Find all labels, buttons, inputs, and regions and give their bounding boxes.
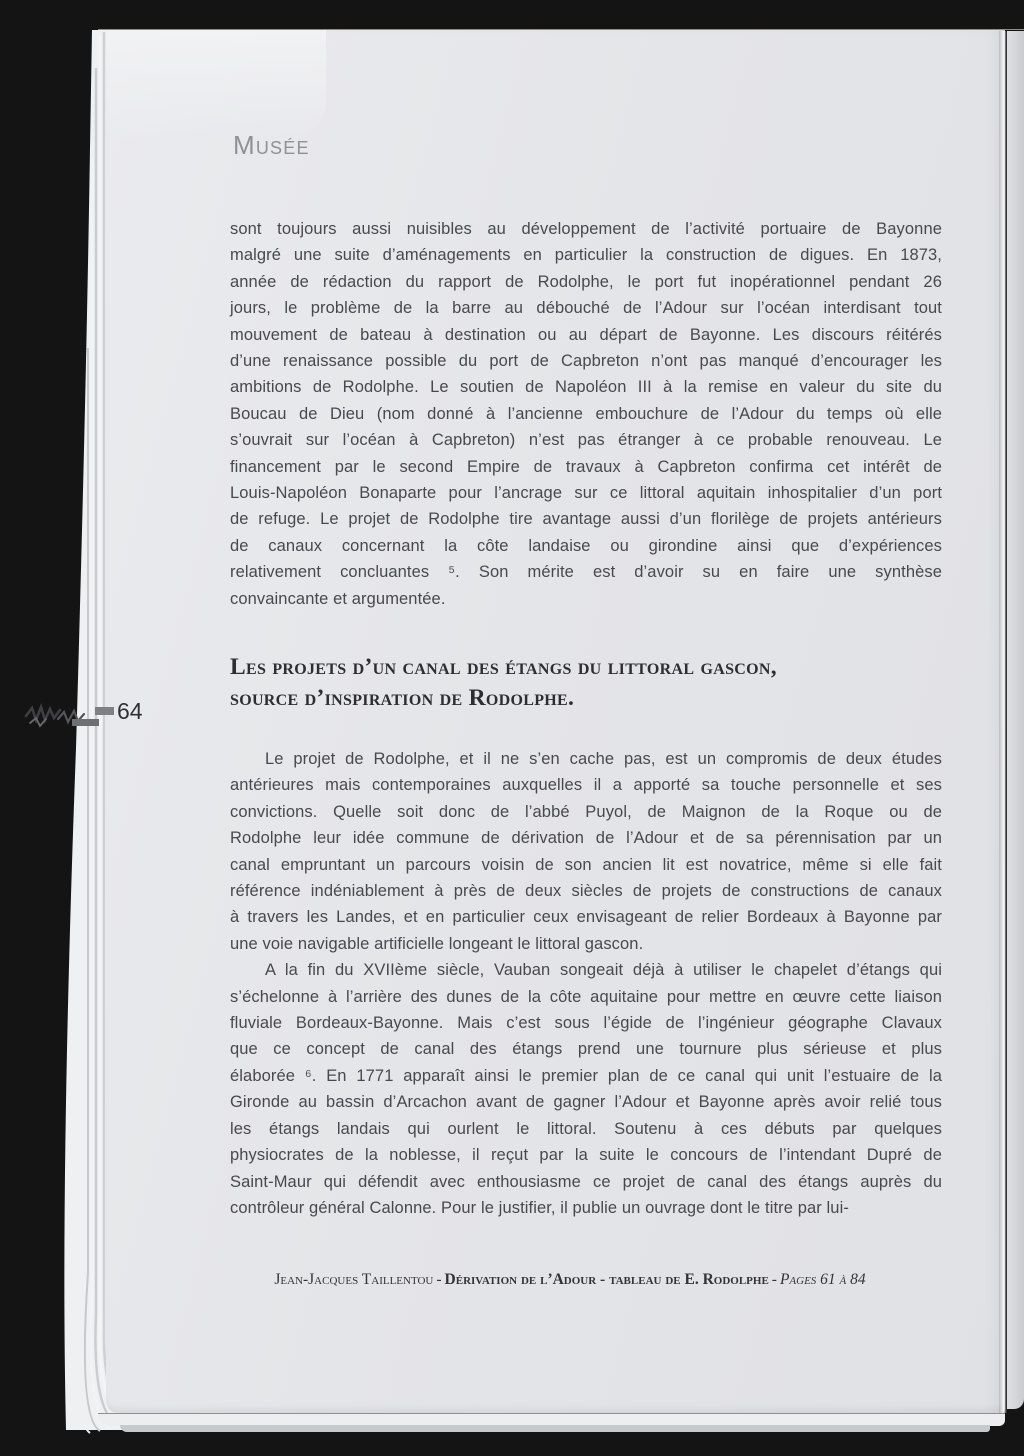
text-line: référence indéniablement à près de deux … bbox=[230, 878, 942, 904]
section-heading-line-1: Les projets d’un canal des étangs du lit… bbox=[230, 652, 777, 683]
footer-pages-range: Pages 61 à 84 bbox=[780, 1271, 866, 1288]
paragraph-3: A la fin du XVIIème siècle, Vauban songe… bbox=[230, 957, 942, 1221]
text-line: Rodolphe leur idée commune de dérivation… bbox=[230, 825, 942, 851]
text-line: de canaux concernant la côte landaise ou… bbox=[230, 533, 942, 559]
footer-separator-2: - bbox=[769, 1271, 780, 1288]
section-heading: Les projets d’un canal des étangs du lit… bbox=[230, 652, 777, 714]
margin-tab-dash-2 bbox=[72, 719, 99, 726]
paragraph-1: sont toujours aussi nuisibles au dévelop… bbox=[230, 216, 942, 612]
text-line: contrôleur général Calonne. Pour le just… bbox=[230, 1195, 942, 1221]
text-line: Gironde au bassin d’Arcachon avant de ga… bbox=[230, 1089, 942, 1115]
text-line: Saint-Maur qui défendit avec enthousiasm… bbox=[230, 1169, 942, 1195]
text-line: financement par le second Empire de trav… bbox=[230, 454, 942, 480]
text-line: année de rédaction du rapport de Rodolph… bbox=[230, 269, 942, 295]
margin-tab-dash bbox=[95, 707, 114, 715]
footer-line: Jean-Jacques Taillentou-Dérivation de l’… bbox=[130, 1271, 1010, 1289]
footer-article-title: Dérivation de l’Adour - tableau de E. Ro… bbox=[445, 1271, 769, 1288]
fore-edge-marks bbox=[24, 692, 102, 740]
footer-author: Jean-Jacques Taillentou bbox=[274, 1271, 433, 1288]
book-photo: 64 Musée sont toujours aussi nuisibles a… bbox=[0, 0, 1024, 1456]
text-line: antérieures mais contemporaines auxquell… bbox=[230, 772, 942, 798]
footer-separator-1: - bbox=[433, 1271, 444, 1288]
text-line: de refuge. Le projet de Rodolphe tire av… bbox=[230, 506, 942, 532]
text-line: convaincante et argumentée. bbox=[230, 586, 942, 612]
running-head: Musée bbox=[233, 130, 310, 161]
facing-page-sliver bbox=[1007, 31, 1024, 1409]
text-line: malgré une suite d’aménagements en parti… bbox=[230, 242, 942, 268]
text-line: ambitions de Rodolphe. Le soutien de Nap… bbox=[230, 374, 942, 400]
under-page-edge-2 bbox=[120, 1425, 990, 1432]
text-line: s’ouvrait sur l’océan à Capbreton) n’est… bbox=[230, 427, 942, 453]
gutter-fold bbox=[999, 31, 1007, 1413]
text-line: d’une renaissance possible du port de Ca… bbox=[230, 348, 942, 374]
text-line: à travers les Landes, et en particulier … bbox=[230, 904, 942, 930]
text-line: une voie navigable artificielle longeant… bbox=[230, 931, 942, 957]
text-line: Louis-Napoléon Bonaparte pour l’ancrage … bbox=[230, 480, 942, 506]
text-line: Boucau de Dieu (nom donné à l’ancienne e… bbox=[230, 401, 942, 427]
section-heading-line-2: source d’inspiration de Rodolphe. bbox=[230, 683, 777, 714]
text-line: A la fin du XVIIème siècle, Vauban songe… bbox=[230, 957, 942, 983]
text-line: jours, le problème de la barre au débouc… bbox=[230, 295, 942, 321]
text-line: les étangs landais qui ourlent le littor… bbox=[230, 1116, 942, 1142]
page-number: 64 bbox=[117, 698, 143, 725]
text-line: mouvement de bateau à destination ou au … bbox=[230, 322, 942, 348]
text-line: que ce concept de canal des étangs prend… bbox=[230, 1036, 942, 1062]
body-paragraphs: Le projet de Rodolphe, et il ne s’en cac… bbox=[230, 746, 942, 1221]
text-line: physiocrates de la noblesse, il reçut pa… bbox=[230, 1142, 942, 1168]
text-line: Le projet de Rodolphe, et il ne s’en cac… bbox=[230, 746, 942, 772]
text-line: sont toujours aussi nuisibles au dévelop… bbox=[230, 216, 942, 242]
text-line: s’échelonne à l’arrière des dunes de la … bbox=[230, 984, 942, 1010]
text-line: élaborée ⁶. En 1771 apparaît ainsi le pr… bbox=[230, 1063, 942, 1089]
paragraph-2: Le projet de Rodolphe, et il ne s’en cac… bbox=[230, 746, 942, 957]
text-line: fluviale Bordeaux-Bayonne. Mais c’est so… bbox=[230, 1010, 942, 1036]
text-line: convictions. Quelle soit donc de l’abbé … bbox=[230, 799, 942, 825]
text-line: canal empruntant un parcours voisin de s… bbox=[230, 852, 942, 878]
text-line: relativement concluantes ⁵. Son mérite e… bbox=[230, 559, 942, 585]
page-curl-highlight bbox=[106, 30, 326, 140]
